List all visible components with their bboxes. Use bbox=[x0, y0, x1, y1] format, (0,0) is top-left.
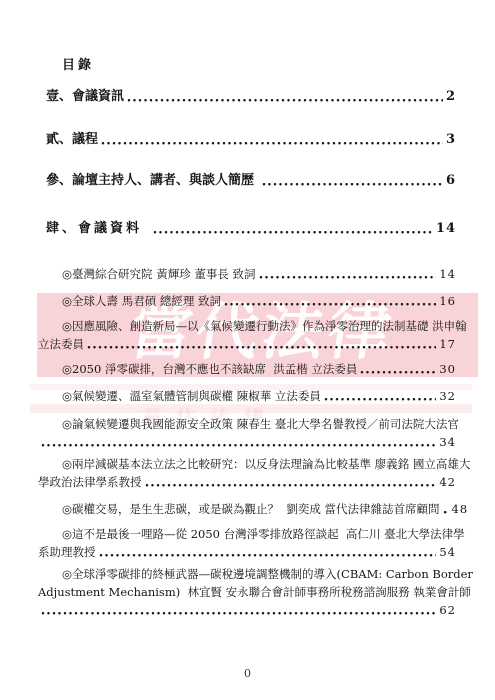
dot-leader bbox=[101, 141, 443, 146]
entry-page-number: 54 bbox=[439, 543, 456, 561]
entry-text: ◎論氣候變遷與我國能源安全政策 陳春生 臺北大學名譽教授／前司法院大法官 bbox=[62, 415, 459, 433]
toc-line: ◎這不是最後一哩路—從 2050 台灣淨零排放路徑談起 高仁川 臺北大學法律學 bbox=[38, 525, 456, 543]
toc-entry-row: ◎這不是最後一哩路—從 2050 台灣淨零排放路徑談起 高仁川 臺北大學法律學 … bbox=[38, 525, 456, 561]
dot-leader bbox=[224, 302, 436, 307]
entry-page-number: 16 bbox=[439, 292, 456, 310]
entry-text: ◎全球淨零碳排的終極武器—碳稅邊境調整機制的導入(CBAM: Carbon Bo… bbox=[62, 565, 473, 583]
entry-text: 學政治法律學系教授 bbox=[38, 473, 142, 491]
toc-entry-row: ◎因應風險、創造新局—以《氣候變遷行動法》作為淨零治理的法制基礎 洪申翰 立法委… bbox=[38, 317, 456, 353]
entry-page-number: 3 bbox=[446, 131, 456, 149]
page-number: 0 bbox=[0, 667, 495, 680]
entry-page-number: 14 bbox=[436, 220, 456, 238]
toc-line: 參、論壇主持人、講者、與談人簡歷 6 bbox=[38, 172, 456, 190]
toc-rows: 壹、會議資訊 2 貳、議程 3 參、論壇主持人、講者、與談人簡歷 6 肆、會議資… bbox=[38, 88, 456, 619]
toc-entry-row: ◎全球人壽 馬君碩 總經理 致詞 16 bbox=[38, 292, 456, 310]
entry-text: 壹、會議資訊 bbox=[46, 88, 124, 106]
entry-page-number: 42 bbox=[439, 473, 456, 491]
toc-entry-row: ◎兩岸減碳基本法立法之比較研究：以反身法理論為比較基準 廖義銘 國立高雄大 學政… bbox=[38, 455, 456, 491]
toc-line: ◎論氣候變遷與我國能源安全政策 陳春生 臺北大學名譽教授／前司法院大法官 bbox=[38, 415, 456, 433]
toc-entry-row: ◎2050 淨零碳排，台灣不應也不該缺席 洪孟楷 立法委員 30 bbox=[38, 360, 456, 378]
toc-line: ◎全球人壽 馬君碩 總經理 致詞 16 bbox=[38, 292, 456, 310]
toc-line: 62 bbox=[38, 601, 456, 619]
toc-line: ◎全球淨零碳排的終極武器—碳稅邊境調整機制的導入(CBAM: Carbon Bo… bbox=[38, 565, 456, 583]
dot-leader bbox=[87, 345, 436, 350]
entry-text: 肆、會議資料 bbox=[46, 220, 150, 238]
dot-leader bbox=[153, 230, 433, 235]
dot-leader bbox=[99, 553, 437, 558]
entry-text: ◎碳權交易，是生生悲碳，或是碳為觀止？ 劉奕成 當代法律雜誌首席顧問 bbox=[62, 500, 440, 518]
entry-page-number: 62 bbox=[439, 601, 456, 619]
entry-text: 貳、議程 bbox=[46, 131, 98, 149]
entry-text: 參、論壇主持人、講者、與談人簡歷 bbox=[46, 172, 259, 190]
toc-line: ◎兩岸減碳基本法立法之比較研究：以反身法理論為比較基準 廖義銘 國立高雄大 bbox=[38, 455, 456, 473]
dot-leader bbox=[259, 275, 437, 280]
toc-section-row: 肆、會議資料 14 bbox=[38, 220, 456, 238]
toc-line: 壹、會議資訊 2 bbox=[38, 88, 456, 106]
toc-page: 當代法律 當代法律 目錄 壹、會議資訊 2 貳、議程 3 參、論壇主持人、講者、… bbox=[0, 0, 495, 700]
entry-text: ◎兩岸減碳基本法立法之比較研究：以反身法理論為比較基準 廖義銘 國立高雄大 bbox=[62, 455, 470, 473]
entry-page-number: 17 bbox=[439, 335, 456, 353]
toc-heading: 目錄 bbox=[38, 58, 456, 74]
entry-text: ◎因應風險、創造新局—以《氣候變遷行動法》作為淨零治理的法制基礎 洪申翰 bbox=[62, 317, 467, 335]
toc-line: ◎碳權交易，是生生悲碳，或是碳為觀止？ 劉奕成 當代法律雜誌首席顧問 48 bbox=[38, 500, 456, 518]
entry-text: Adjustment Mechanism) 林宜賢 安永聯合會計師事務所稅務諮詢… bbox=[38, 583, 471, 601]
entry-text: 系助理教授 bbox=[38, 543, 96, 561]
entry-text: 立法委員 bbox=[38, 335, 84, 353]
toc-line: 肆、會議資料 14 bbox=[38, 220, 456, 238]
toc-entry-row: ◎碳權交易，是生生悲碳，或是碳為觀止？ 劉奕成 當代法律雜誌首席顧問 48 bbox=[38, 500, 456, 518]
entry-page-number: 30 bbox=[439, 360, 456, 378]
toc-entry-row: ◎臺灣綜合研究院 黃輝珍 董事長 致詞 14 bbox=[38, 265, 456, 283]
entry-page-number: 2 bbox=[446, 88, 456, 106]
entry-page-number: 6 bbox=[446, 172, 456, 190]
entry-text: ◎臺灣綜合研究院 黃輝珍 董事長 致詞 bbox=[62, 265, 256, 283]
toc-line: ◎2050 淨零碳排，台灣不應也不該缺席 洪孟楷 立法委員 30 bbox=[38, 360, 456, 378]
entry-text: ◎這不是最後一哩路—從 2050 台灣淨零排放路徑談起 高仁川 臺北大學法律學 bbox=[62, 525, 465, 543]
toc-line: ◎氣候變遷、溫室氣體管制與碳權 陳椒華 立法委員 32 bbox=[38, 387, 456, 405]
toc-entry-row: ◎論氣候變遷與我國能源安全政策 陳春生 臺北大學名譽教授／前司法院大法官 34 bbox=[38, 415, 456, 451]
toc-line: 系助理教授 54 bbox=[38, 543, 456, 561]
dot-leader bbox=[324, 397, 437, 402]
entry-page-number: 48 bbox=[452, 500, 469, 518]
entry-page-number: 32 bbox=[439, 387, 456, 405]
dot-leader bbox=[360, 370, 436, 375]
dot-leader bbox=[41, 611, 436, 616]
toc-line: 立法委員 17 bbox=[38, 335, 456, 353]
toc-line: Adjustment Mechanism) 林宜賢 安永聯合會計師事務所稅務諮詢… bbox=[38, 583, 456, 601]
toc-section-row: 貳、議程 3 bbox=[38, 131, 456, 149]
entry-text: ◎全球人壽 馬君碩 總經理 致詞 bbox=[62, 292, 221, 310]
dot-leader bbox=[127, 98, 443, 103]
toc-section-row: 壹、會議資訊 2 bbox=[38, 88, 456, 106]
dot-leader bbox=[145, 483, 437, 488]
dot-leader bbox=[41, 443, 436, 448]
toc-line: 貳、議程 3 bbox=[38, 131, 456, 149]
entry-page-number: 34 bbox=[439, 433, 456, 451]
dot-leader bbox=[262, 182, 443, 187]
toc-line: 學政治法律學系教授 42 bbox=[38, 473, 456, 491]
toc-content: 目錄 壹、會議資訊 2 貳、議程 3 參、論壇主持人、講者、與談人簡歷 6 肆、… bbox=[0, 0, 495, 619]
entry-text: ◎2050 淨零碳排，台灣不應也不該缺席 洪孟楷 立法委員 bbox=[62, 360, 357, 378]
toc-entry-row: ◎全球淨零碳排的終極武器—碳稅邊境調整機制的導入(CBAM: Carbon Bo… bbox=[38, 565, 456, 619]
entry-text: ◎氣候變遷、溫室氣體管制與碳權 陳椒華 立法委員 bbox=[62, 387, 321, 405]
toc-line: 34 bbox=[38, 433, 456, 451]
toc-line: ◎臺灣綜合研究院 黃輝珍 董事長 致詞 14 bbox=[38, 265, 456, 283]
toc-line: ◎因應風險、創造新局—以《氣候變遷行動法》作為淨零治理的法制基礎 洪申翰 bbox=[38, 317, 456, 335]
entry-page-number: 14 bbox=[439, 265, 456, 283]
toc-entry-row: ◎氣候變遷、溫室氣體管制與碳權 陳椒華 立法委員 32 bbox=[38, 387, 456, 405]
toc-section-row: 參、論壇主持人、講者、與談人簡歷 6 bbox=[38, 172, 456, 190]
dot-leader bbox=[443, 510, 449, 515]
